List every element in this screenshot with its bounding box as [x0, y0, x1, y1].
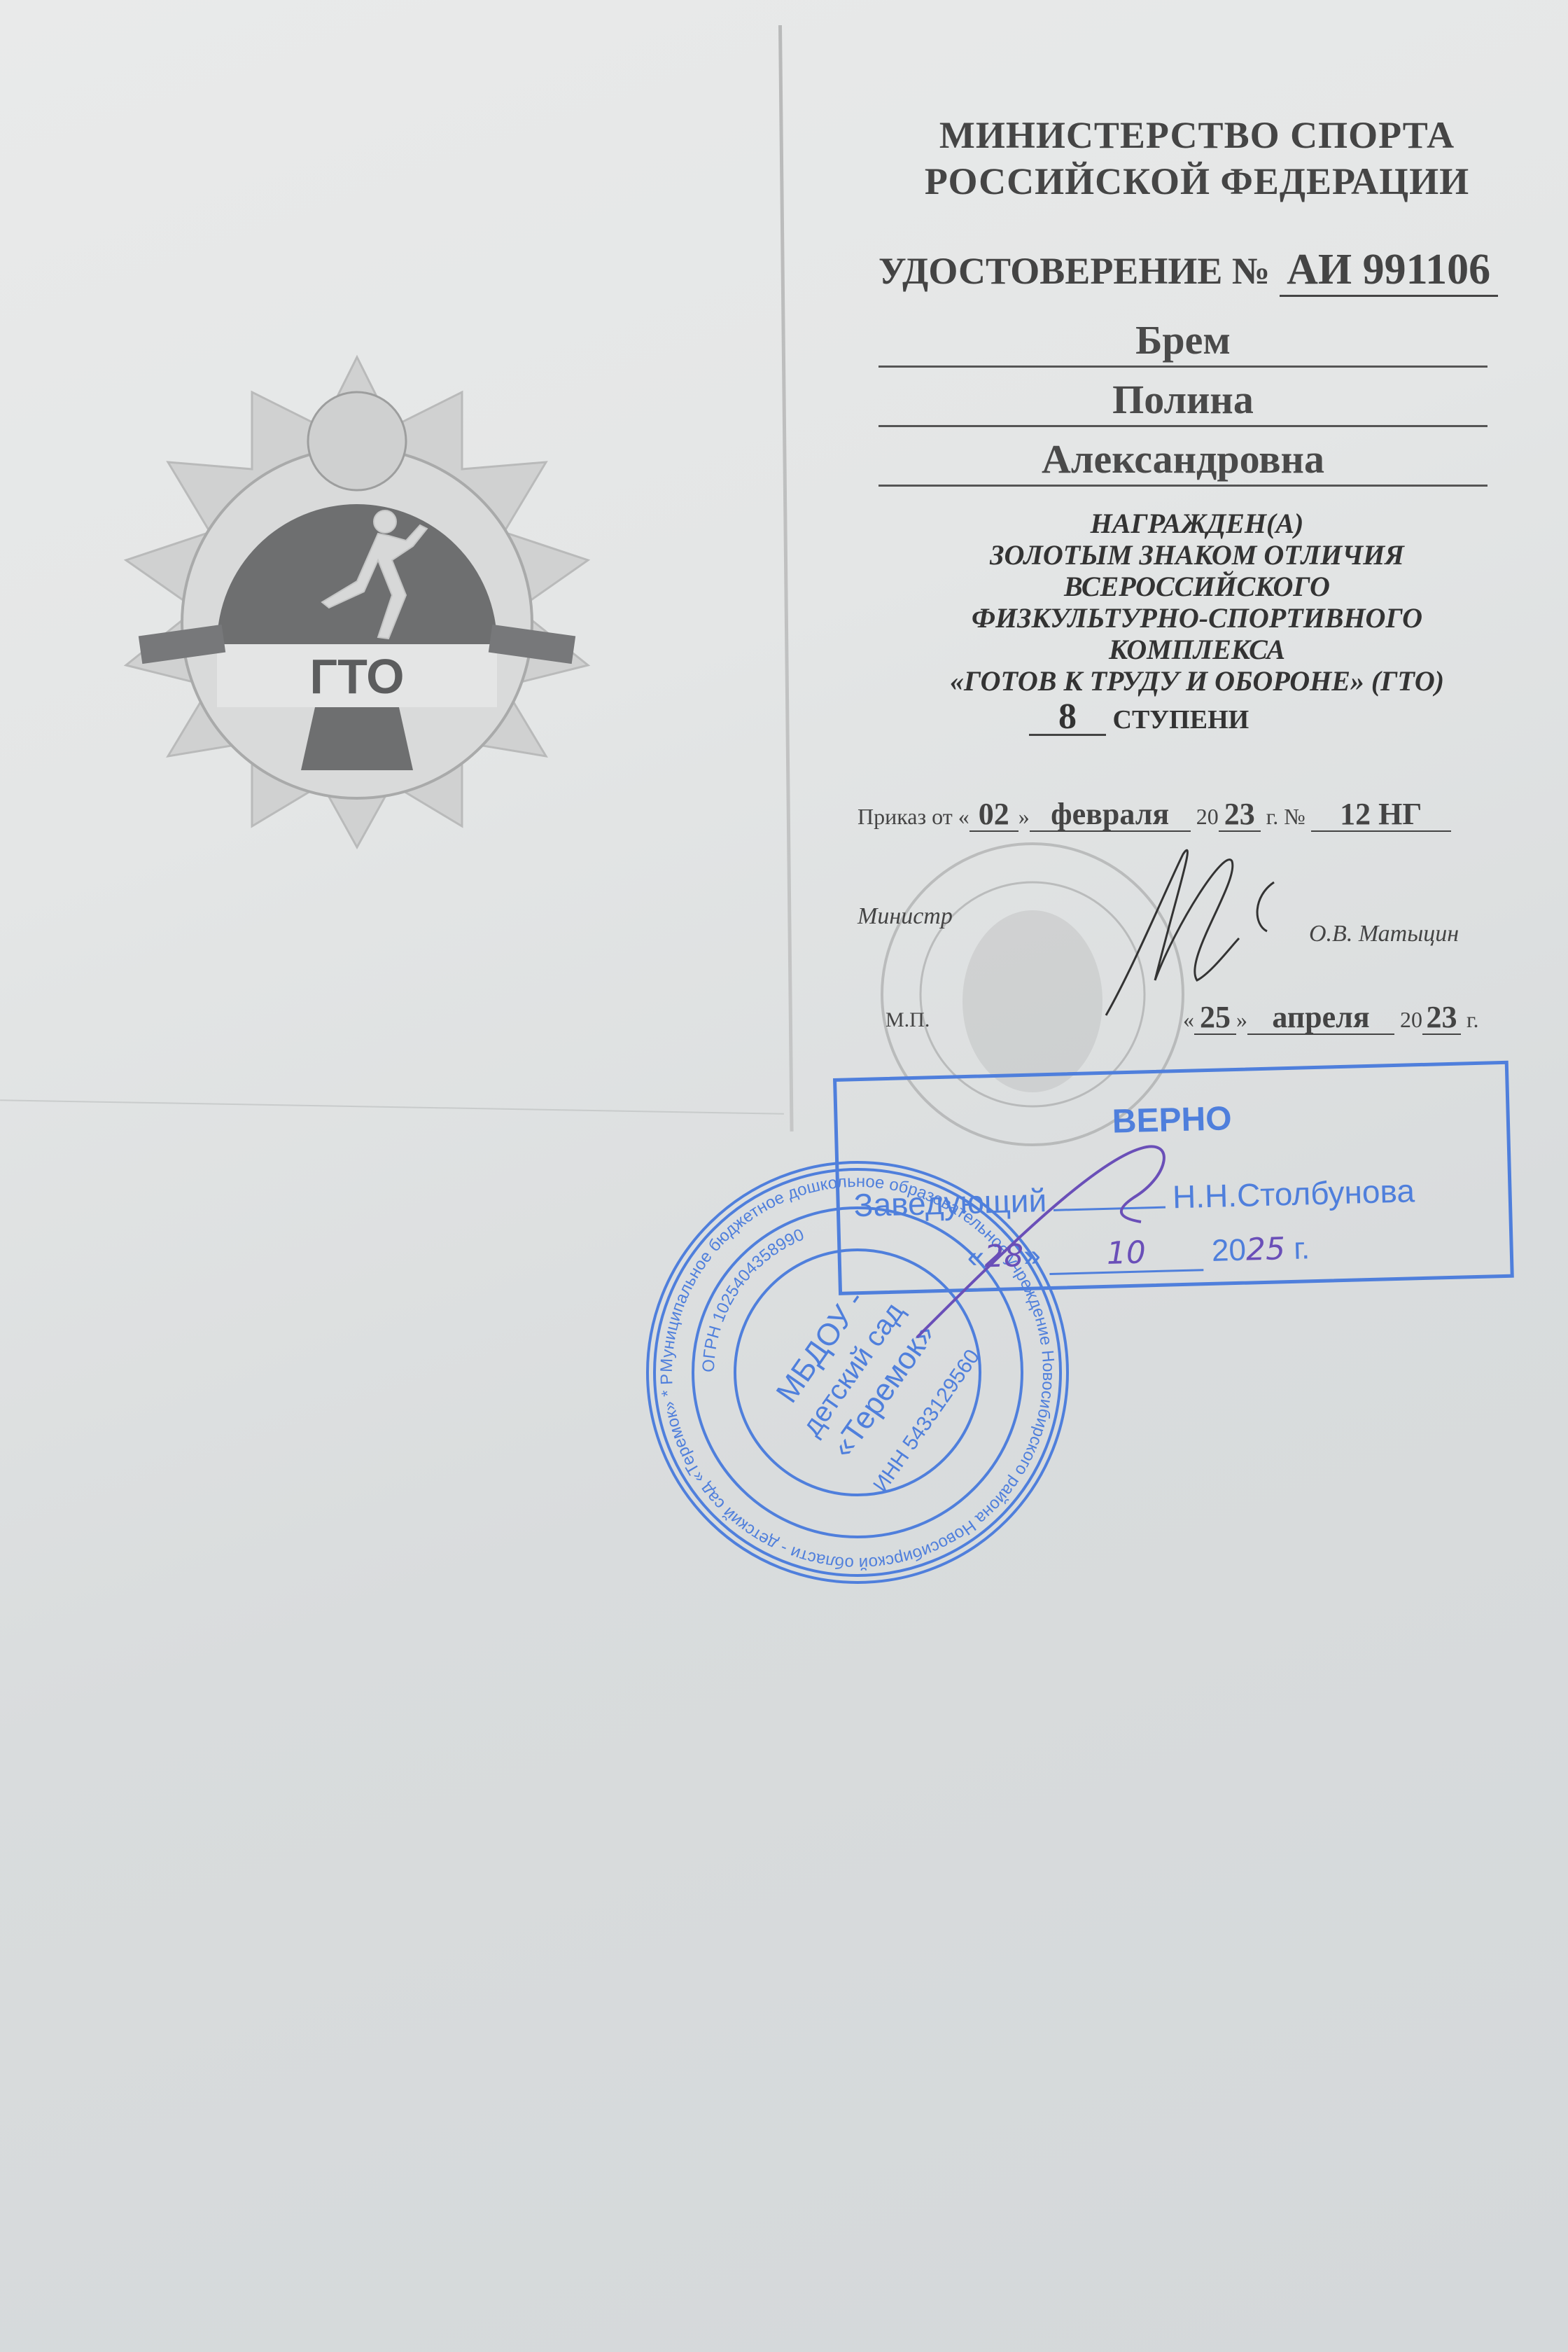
ministry-line-2: РОССИЙСКОЙ ФЕДЕРАЦИИ — [896, 158, 1498, 204]
page-fold-horizontal — [0, 1099, 784, 1115]
award-line: ВСЕРОССИЙСКОГО — [910, 571, 1484, 602]
issue-suffix: г. — [1466, 1007, 1479, 1032]
surname: Брем — [878, 315, 1487, 368]
award-line: КОМПЛЕКСА — [910, 634, 1484, 665]
certificate-label: УДОСТОВЕРЕНИЕ № — [878, 250, 1270, 292]
stamp-suffix: г. — [1294, 1231, 1310, 1266]
issue-date-row: «25»апреля 2023 г. — [1183, 1001, 1479, 1035]
gto-badge-icon: ГТО — [112, 350, 602, 854]
minister-label: Министр — [857, 903, 953, 930]
award-line: «ГОТОВ К ТРУДУ И ОБОРОНЕ» (ГТО) — [910, 665, 1484, 697]
award-line: НАГРАЖДЕН(А) — [910, 508, 1484, 539]
issue-year-prefix: 20 — [1400, 1007, 1422, 1032]
level-row: 8 СТУПЕНИ — [1029, 700, 1249, 736]
ministry-header: МИНИСТЕРСТВО СПОРТА РОССИЙСКОЙ ФЕДЕРАЦИИ — [896, 112, 1498, 204]
minister-signature-icon — [1092, 840, 1302, 1022]
award-text: НАГРАЖДЕН(А) ЗОЛОТЫМ ЗНАКОМ ОТЛИЧИЯ ВСЕР… — [910, 508, 1484, 697]
order-row: Приказ от «02»февраля 2023 г. № 12 НГ — [857, 798, 1451, 832]
certificate-number: АИ 991106 — [1280, 245, 1498, 297]
award-line: ФИЗКУЛЬТУРНО-СПОРТИВНОГО — [910, 602, 1484, 634]
order-number: 12 НГ — [1311, 798, 1451, 832]
page-fold-vertical — [778, 25, 794, 1132]
order-day: 02 — [969, 798, 1018, 832]
first-name: Полина — [878, 375, 1487, 427]
ministry-line-1: МИНИСТЕРСТВО СПОРТА — [896, 112, 1498, 158]
certificate-number-row: УДОСТОВЕРЕНИЕ № АИ 991106 — [878, 245, 1508, 297]
level-value: 8 — [1029, 700, 1106, 736]
level-label: СТУПЕНИ — [1113, 705, 1249, 735]
issue-year: 23 — [1422, 1001, 1461, 1035]
order-year: 23 — [1219, 798, 1261, 832]
head-signature-icon — [910, 1134, 1274, 1344]
order-year-prefix: 20 — [1196, 804, 1219, 829]
patronymic: Александровна — [878, 434, 1487, 487]
award-line: ЗОЛОТЫМ ЗНАКОМ ОТЛИЧИЯ — [910, 539, 1484, 571]
minister-name: О.В. Матыцин — [1309, 921, 1459, 947]
order-prefix: Приказ от « — [857, 804, 969, 829]
issue-month: апреля — [1247, 1001, 1394, 1035]
order-month: февраля — [1030, 798, 1191, 832]
issue-day: 25 — [1194, 1001, 1236, 1035]
stamp-place-label: М.П. — [885, 1008, 930, 1032]
order-year-suffix: г. № — [1266, 804, 1305, 829]
svg-text:ГТО: ГТО — [309, 649, 404, 704]
